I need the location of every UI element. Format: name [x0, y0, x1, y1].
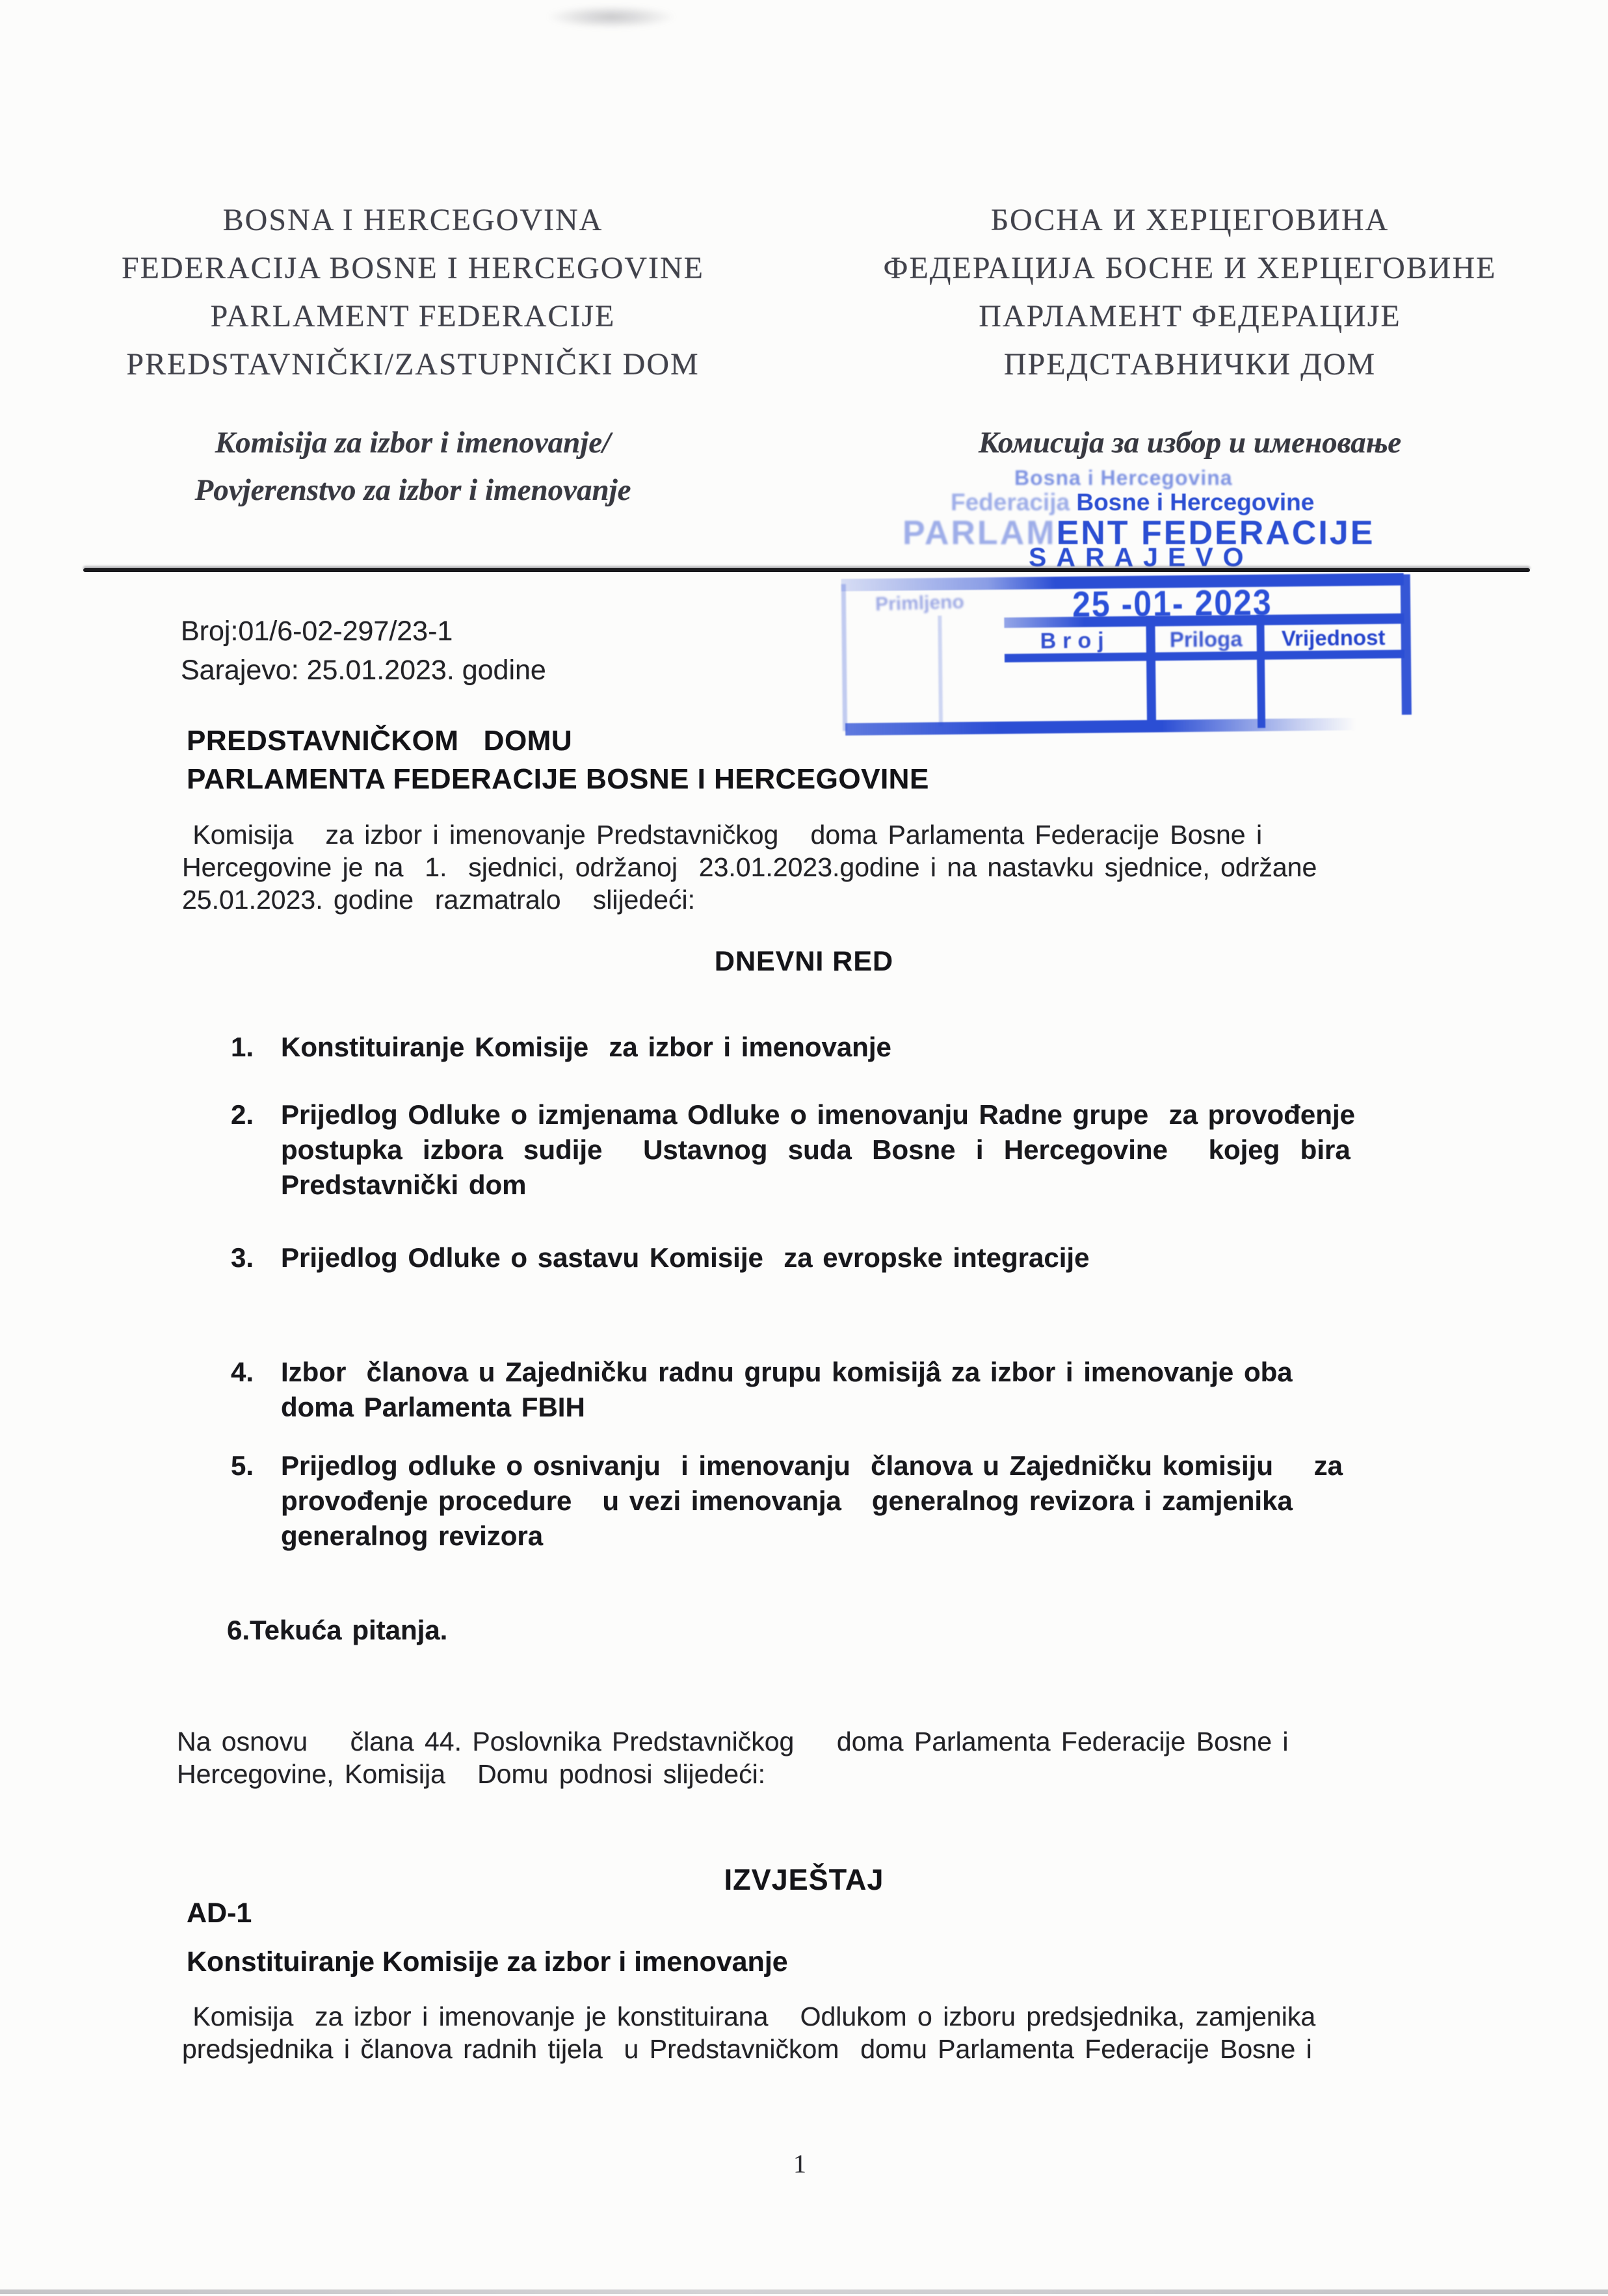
document-page: BOSNA I HERCEGOVINAFEDERACIJA BOSNE I HE…: [0, 0, 1608, 2296]
stamp-col-vrijednost: Vrijednost: [1264, 625, 1402, 651]
report-heading: Konstituiranje Komisije za izbor i imeno…: [187, 1944, 788, 1979]
text-line: postupka izbora sudije Ustavnog suda Bos…: [281, 1132, 1453, 1168]
agenda-item-number: 4.: [231, 1355, 254, 1390]
text-line: Komisija za izbor i imenovanje/: [0, 419, 826, 467]
agenda-item-1: 1. Konstituiranje Komisije za izbor i im…: [231, 1030, 1453, 1065]
text-line: provođenje procedure u vezi imenovanja g…: [281, 1483, 1453, 1519]
text-line: predsjednika i članova radnih tijela u P…: [182, 2033, 1463, 2065]
agenda-item-number: 1.: [231, 1030, 254, 1065]
stamp-federation-text: Bosne i Hercegovine: [1076, 489, 1314, 515]
text-line: Prijedlog odluke o osnivanju i imenovanj…: [281, 1448, 1453, 1483]
agenda-item-text: Izbor članova u Zajedničku radnu grupu k…: [281, 1355, 1453, 1425]
report-title: IZVJEŠTAJ: [0, 1862, 1608, 1898]
stamp-inner-divider: [938, 616, 943, 726]
text-line: ФЕДЕРАЦИЈА БОСНЕ И ХЕРЦЕГОВИНЕ: [839, 244, 1541, 293]
text-line: Na osnovu člana 44. Poslovnika Predstavn…: [177, 1725, 1451, 1758]
agenda-item-number: 5.: [231, 1448, 254, 1483]
agenda-item-number: 2.: [231, 1097, 254, 1132]
text-line: Predstavnički dom: [281, 1168, 1453, 1203]
intro-paragraph: Komisija za izbor i imenovanje Predstavn…: [182, 818, 1456, 916]
agenda-item-3: 3. Prijedlog Odluke o sastavu Komisije z…: [231, 1240, 1453, 1275]
text-line: Komisija za izbor i imenovanje Predstavn…: [182, 818, 1456, 851]
reference-block: Broj:01/6-02-297/23-1Sarajevo: 25.01.202…: [181, 612, 546, 690]
text-line: Hercegovine je na 1. sjednici, održanoj …: [182, 851, 1456, 883]
text-line: generalnog revizora: [281, 1519, 1453, 1554]
text-line: FEDERACIJA BOSNE I HERCEGOVINE: [0, 244, 826, 293]
header-divider-rule: [83, 568, 1530, 572]
agenda-item-text: Prijedlog odluke o osnivanju i imenovanj…: [281, 1448, 1453, 1554]
text-line: БОСНА И ХЕРЦЕГОВИНА: [839, 196, 1541, 244]
text-line: PREDSTAVNIČKI/ZASTUPNIČKI DOM: [0, 341, 826, 389]
stamp-date: 25 -01- 2023: [1072, 581, 1272, 625]
agenda-item-5: 5. Prijedlog odluke o osnivanju i imenov…: [231, 1448, 1453, 1554]
text-line: ПАРЛАМЕНТ ФЕДЕРАЦИЈЕ: [839, 293, 1541, 341]
text-line: ПРЕДСТАВНИЧКИ ДОМ: [839, 341, 1541, 389]
text-line: Komisija za izbor i imenovanje je konsti…: [182, 2000, 1463, 2033]
report-ad-label: AD-1: [187, 1896, 252, 1931]
stamp-col-priloga: Priloga: [1155, 627, 1256, 653]
letterhead-right: БОСНА И ХЕРЦЕГОВИНАФЕДЕРАЦИЈА БОСНЕ И ХЕ…: [839, 196, 1541, 389]
stamp-received-label: Primljeno: [875, 591, 965, 616]
stamp-country-line: Bosna i Hercegovina: [1014, 466, 1233, 490]
text-line: BOSNA I HERCEGOVINA: [0, 196, 826, 244]
agenda-item-text: Prijedlog Odluke o sastavu Komisije za e…: [281, 1240, 1453, 1275]
letterhead-right-committee: Комисија за избор и именовање: [839, 419, 1541, 467]
text-line: 25.01.2023. godine razmatralo slijedeći:: [182, 883, 1456, 916]
text-line: Комисија за избор и именовање: [839, 419, 1541, 467]
agenda-item-number: 3.: [231, 1240, 254, 1275]
text-line: Povjerenstvo za izbor i imenovanje: [0, 467, 826, 514]
stamp-federation-ghost: Federacija: [951, 489, 1076, 515]
agenda-item-6: 6.Tekuća pitanja.: [227, 1613, 447, 1648]
text-line: Prijedlog Odluke o izmjenama Odluke o im…: [281, 1097, 1453, 1132]
text-line: Konstituiranje Komisije za izbor i imeno…: [281, 1030, 1453, 1065]
scan-bottom-edge: [0, 2289, 1608, 2294]
agenda-item-text: Tekuća pitanja.: [250, 1615, 447, 1645]
agenda-item-4: 4. Izbor članova u Zajedničku radnu grup…: [231, 1355, 1453, 1425]
report-paragraph: Komisija za izbor i imenovanje je konsti…: [182, 2000, 1463, 2065]
text-line: PREDSTAVNIČKOM DOMU: [187, 722, 929, 760]
page-number: 1: [767, 2148, 832, 2179]
text-line: doma Parlamenta FBIH: [281, 1390, 1453, 1425]
scan-smudge: [546, 5, 676, 29]
agenda-title: DNEVNI RED: [0, 944, 1608, 979]
letterhead-left-committee: Komisija za izbor i imenovanje/Povjerens…: [0, 419, 826, 514]
stamp-left-border: [841, 584, 847, 731]
agenda-item-text: Prijedlog Odluke o izmjenama Odluke o im…: [281, 1097, 1453, 1203]
text-line: Broj:01/6-02-297/23-1: [181, 612, 546, 651]
text-line: Prijedlog Odluke o sastavu Komisije za e…: [281, 1240, 1453, 1275]
receipt-stamp-box: Primljeno 25 -01- 2023 Broj Priloga Vrij…: [841, 573, 1412, 746]
stamp-federation-line: Federacija Bosne i Hercegovine: [951, 489, 1314, 516]
text-line: Hercegovine, Komisija Domu podnosi slije…: [177, 1758, 1451, 1790]
basis-paragraph: Na osnovu člana 44. Poslovnika Predstavn…: [177, 1725, 1451, 1790]
text-line: PARLAMENTA FEDERACIJE BOSNE I HERCEGOVIN…: [187, 760, 929, 798]
addressee-block: PREDSTAVNIČKOM DOMUPARLAMENTA FEDERACIJE…: [187, 722, 929, 798]
text-line: Izbor članova u Zajedničku radnu grupu k…: [281, 1355, 1453, 1390]
letterhead-left: BOSNA I HERCEGOVINAFEDERACIJA BOSNE I HE…: [0, 196, 826, 389]
agenda-item-2: 2. Prijedlog Odluke o izmjenama Odluke o…: [231, 1097, 1453, 1203]
agenda-item-number: 6.: [227, 1615, 250, 1645]
stamp-col-broj: Broj: [1004, 628, 1146, 654]
agenda-item-text: Konstituiranje Komisije za izbor i imeno…: [281, 1030, 1453, 1065]
text-line: Sarajevo: 25.01.2023. godine: [181, 651, 546, 690]
text-line: PARLAMENT FEDERACIJE: [0, 293, 826, 341]
